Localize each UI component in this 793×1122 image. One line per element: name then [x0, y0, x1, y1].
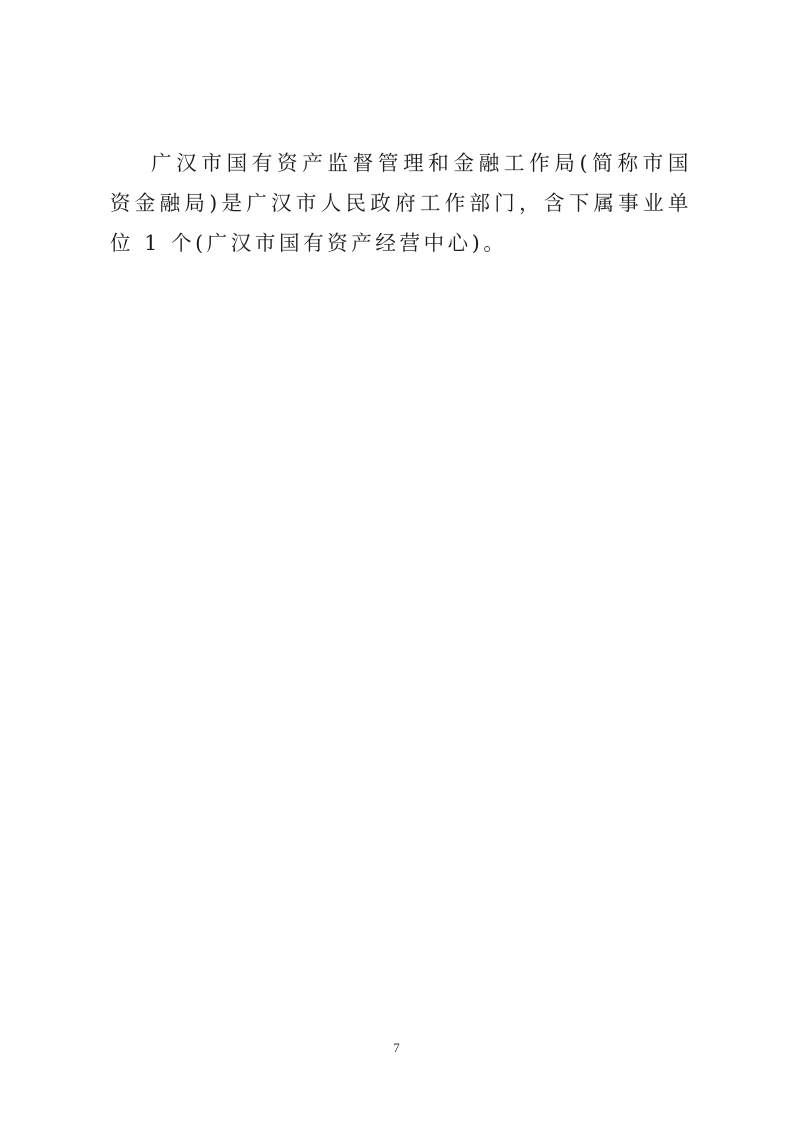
page-number: 7 — [0, 1040, 793, 1056]
body-paragraph: 广汉市国有资产监督管理和金融工作局(简称市国资金融局)是广汉市人民政府工作部门，… — [110, 143, 692, 263]
document-page: 广汉市国有资产监督管理和金融工作局(简称市国资金融局)是广汉市人民政府工作部门，… — [0, 0, 793, 1122]
